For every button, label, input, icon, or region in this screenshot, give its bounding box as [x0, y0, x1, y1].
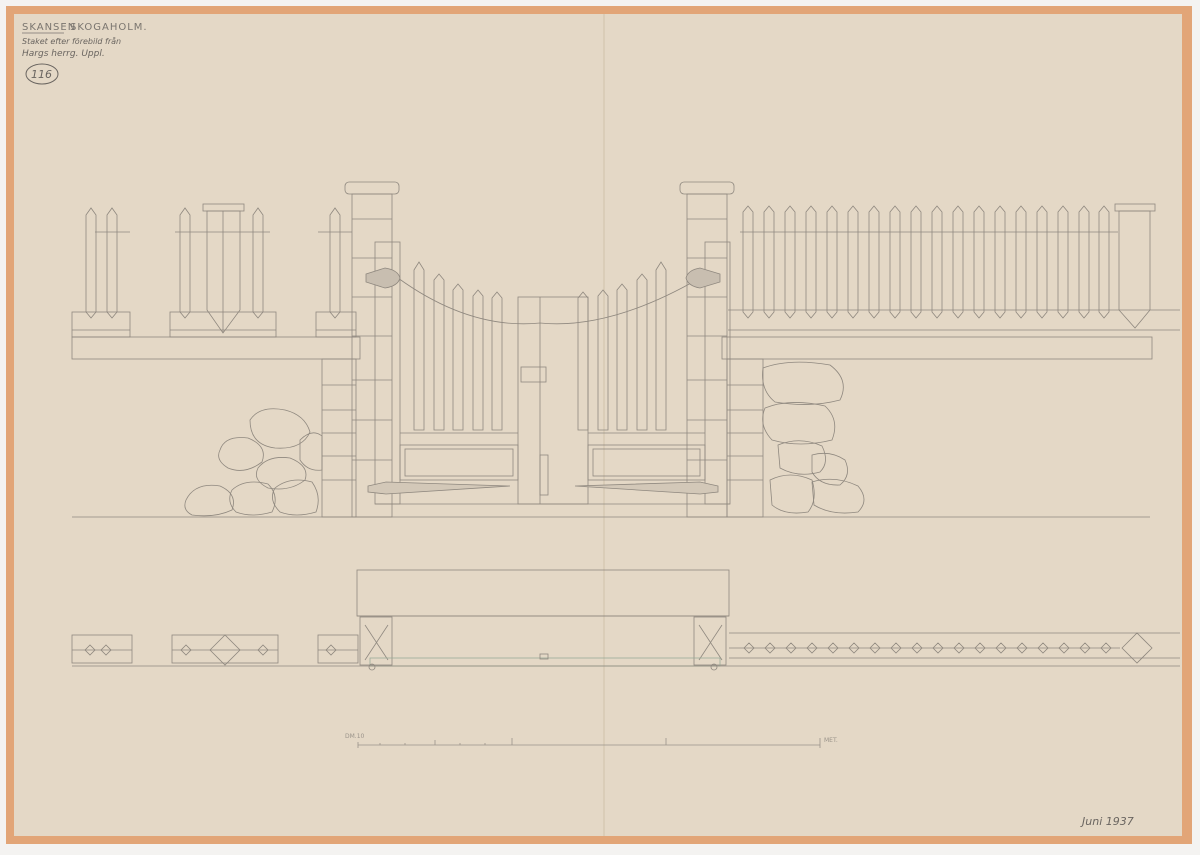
scale-right-label: MET.: [824, 737, 838, 744]
title-place: SKANSEN: [22, 22, 76, 33]
drawing-date: Juni 1937: [1080, 815, 1134, 828]
scale-left-label: DM.10: [345, 733, 365, 740]
sheet-number: 116: [31, 68, 52, 81]
architectural-drawing-sheet: SKANSEN SKOGAHOLM. Staket efter förebild…: [0, 0, 1200, 855]
title-name: SKOGAHOLM.: [70, 22, 148, 33]
subtitle-line1: Staket efter förebild från: [22, 36, 121, 46]
svg-text:SKANSEN: SKANSEN: [22, 22, 76, 33]
subtitle-line2: Hargs herrg. Uppl.: [22, 49, 105, 59]
